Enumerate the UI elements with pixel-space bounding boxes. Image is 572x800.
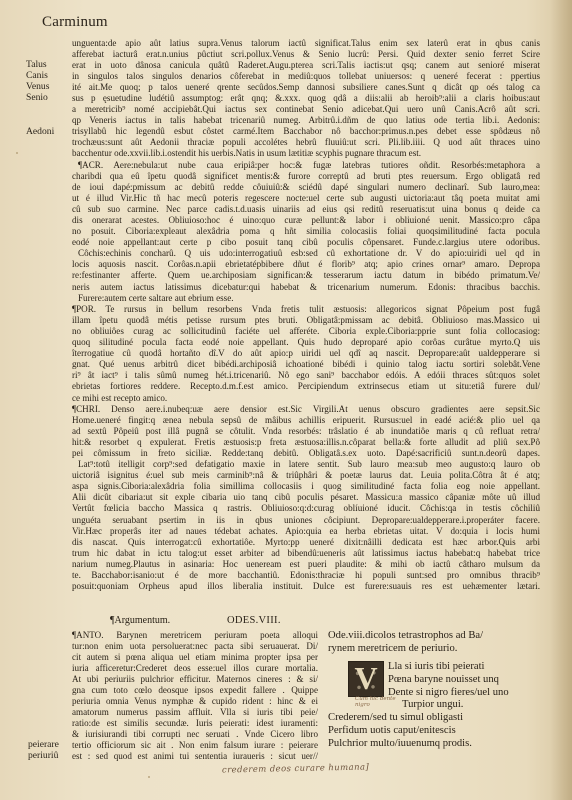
text-line: hit:& resorbet q expulerat. Fretis æstuo… <box>72 437 540 448</box>
text-line: posuit:quoniam Orpheus apud illos libera… <box>72 581 540 592</box>
poem-line: Pulchrior multo/iuuenumq prodis. <box>328 738 472 751</box>
text-line: trisyllabû hic legendû esbut côstet carm… <box>72 126 540 137</box>
text-line: de ioui dapé:pmissum ac debitû redde côu… <box>72 182 540 193</box>
text-line: narium numeg.Plautus in asinaria: Hoc ue… <box>72 559 540 570</box>
paragraph-start-acr: ¶ACR. Aere:nebula:ut nube caua eripiâ:pe… <box>72 160 540 171</box>
decorated-initial-v: V <box>348 661 384 697</box>
text-line: iuria afficeretur:Crederet deos esse:uel… <box>72 663 318 674</box>
text-line: gnat. Qué uenus arbitrû dicet bibédi.arc… <box>72 359 540 370</box>
poem-line: Turpior ungui. <box>388 699 509 712</box>
book-page: Carminum Talus Canis Venus Senio Aedoni … <box>0 0 572 800</box>
commentary-body: unguenta:de apio aût latius supra.Venus … <box>72 38 540 604</box>
margin-note-peierare: peierare <box>28 740 59 750</box>
text-line: tur:non enim uota persoluerat:nec pacta … <box>72 641 318 652</box>
text-line: Lat⁹:totû itelligit corp⁹:sed defatigati… <box>72 459 540 470</box>
text-line: dis onerarat acestes. Obliuioso:hoc é ui… <box>72 215 540 226</box>
text-line: no posuit. Ciboria:expleaut alexâdria po… <box>72 226 540 237</box>
margin-note: Senio <box>26 93 48 103</box>
text-line: ut é illud Vir.Hic tñ hac mecû poteris r… <box>72 193 540 204</box>
text-line: trochæus:sunt aût Aedonii thraciæ populi… <box>72 137 540 148</box>
handwritten-interlinear-note: Cum hic dente nigro <box>355 696 405 708</box>
margin-note: Venus <box>26 82 49 92</box>
running-head: Carminum <box>42 14 108 31</box>
paper-stain <box>16 152 18 154</box>
text-line: Vertût fœlicia baccho Massica q rastris.… <box>72 503 540 514</box>
margin-note: Canis <box>26 71 48 81</box>
poem-following-lines: Crederem/sed tu simul obligasti Perfidum… <box>328 712 472 750</box>
margin-note-periurium: periuriû <box>28 751 58 761</box>
text-line: neris autem iactus latissimus dicebatur:… <box>72 282 540 293</box>
poem-line: Crederem/sed tu simul obligasti <box>328 712 472 725</box>
text-line: unguéta seruabant psertim in iis in qbus… <box>72 515 540 526</box>
text-line: re:festinanter afferte. Quem ue.archipos… <box>72 270 540 281</box>
margin-note: Aedoni <box>26 127 54 137</box>
text-line: gna cum toto cœlo deosque ipsos expedit … <box>72 685 318 696</box>
text-line: ce mihi est recepto amico. <box>72 393 540 404</box>
text-line: ad sextû Pôpeiû post illâ pugnâ se côtul… <box>72 426 540 437</box>
text-line: aspa signis.Ciboria:alexâdria folia simi… <box>72 481 540 492</box>
page-edge-shadow <box>550 0 572 800</box>
text-line: Furere:autem certe saltare aut ebrium es… <box>72 293 540 304</box>
text-line: unguenta:de apio aût latius supra.Venus … <box>72 38 540 49</box>
ode-title: Ode.viii.dicolos tetrastrophos ad Ba/ ry… <box>328 630 528 656</box>
text-line: a meretricib⁹ nomé accipiebât.Qui iactus… <box>72 104 540 115</box>
text-line: charibdi qua eû îpetu quodâ significet m… <box>72 171 540 182</box>
paragraph-start-chri: ¶CHRI. Denso aere.i.nubeq:uæ aere densio… <box>72 404 540 415</box>
section-heading: ¶Argumentum. ODES.VIII. <box>82 615 382 629</box>
text-line: erat in uoto dânosa canicula quâtû Rader… <box>72 60 540 71</box>
text-line: & iurisiurandi tibi corrupti nec seruati… <box>72 729 318 740</box>
paragraph-start-por: ¶POR. Te rursus in bellum resorbens Vnda… <box>72 304 540 315</box>
text-line: cit autem si pœna aliqua uel etiam minim… <box>72 652 318 663</box>
poem-line: Lla si iuris tibi peierati <box>388 661 509 674</box>
text-line: trum hic dabat in ictu talog:ut esset ar… <box>72 548 540 559</box>
poem-line: Perfidum uotis caput/enitescis <box>328 725 472 738</box>
text-line: pei cômissum in freto siciliæ. Redde:tan… <box>72 448 540 459</box>
text-line: no obliuiôes curag ac sollicitudinû faci… <box>72 326 540 337</box>
argument-label: ¶Argumentum. <box>110 615 170 626</box>
text-line: locis aquosis nascit. Corôas.n.apii ebri… <box>72 259 540 270</box>
text-line: tertio officiorum sic ait . Non enim fal… <box>72 740 318 751</box>
paper-stain <box>148 776 150 778</box>
ode-title-line: rynem meretricem de periurio. <box>328 643 528 656</box>
text-line: cû sub suo carmine. Nec parce cadis.t.d.… <box>72 204 540 215</box>
text-line: Côchis:echinis concharû. Q uis udo:inter… <box>72 248 540 259</box>
initial-letter: V <box>349 660 383 696</box>
poem-first-lines: Lla si iuris tibi peierati Pœna baryne n… <box>388 661 509 712</box>
margin-note: Talus <box>26 60 47 70</box>
text-line: At ubi periuriis pulchrior efficitur. Ma… <box>72 674 318 685</box>
text-line: ri⁹ ât iact⁹ i talis sûmû numeg hét.i.tr… <box>72 370 540 381</box>
ode-text-column: Ode.viii.dicolos tetrastrophos ad Ba/ ry… <box>328 630 528 656</box>
text-line: amatorum numerus passim affluit. Vlla si… <box>72 707 318 718</box>
text-line: dis nascat. Quis interrogat:cû exhortati… <box>72 537 540 548</box>
text-line: te. Bacchabor:isanio:ut é de more baccha… <box>72 570 540 581</box>
text-line: Vir.Hæc properâs iter ad naues tédebat a… <box>72 526 540 537</box>
text-line: ratio:de est similis secundæ. Iuris peie… <box>72 718 318 729</box>
text-line: uictoriâ isignitus é:uel sub meis carmin… <box>72 470 540 481</box>
text-line: periuria omnia Venus nymphæ & cupido rid… <box>72 696 318 707</box>
text-line: qp Veneris iactus in talis habebat trice… <box>72 115 540 126</box>
text-line: Alii dicût cibaria:ut sit exple cibaria … <box>72 492 540 503</box>
text-line: in singulos talos singulos denarios côfe… <box>72 71 540 82</box>
paragraph-start-anto: ¶ANTO. Barynen meretricem periuram poeta… <box>72 630 318 641</box>
argument-commentary-column: ¶ANTO. Barynen meretricem periuram poeta… <box>72 630 318 762</box>
text-line: illam îpetu quodâ métis petisse rursum p… <box>72 315 540 326</box>
text-line: quoq silitudiné pocula facta eodé noie a… <box>72 337 540 348</box>
text-line: ité ait.Me quoq; p talos ueneré qrente s… <box>72 82 540 93</box>
ode-number-heading: ODES.VIII. <box>227 615 281 626</box>
text-line: afferebat iacturâ erat.n.unius pûctiut s… <box>72 49 540 60</box>
text-line: îterrogatiue cû quodâ hortañto dî.V do a… <box>72 348 540 359</box>
text-line: est : sed quod est animi tui sententia i… <box>72 751 318 762</box>
text-line: ebrietas fortiores reddere. Recepto.d.m.… <box>72 381 540 392</box>
ode-title-line: Ode.viii.dicolos tetrastrophos ad Ba/ <box>328 630 528 643</box>
text-line: bacchentur ode.xxvii.lib.i.ostendit his … <box>72 148 540 159</box>
text-line <box>72 592 540 603</box>
text-line: Home.ueneré fingit:q ænea nebula sepsû d… <box>72 415 540 426</box>
text-line: eodé noie appellant:aut certe p cibo pos… <box>72 237 540 248</box>
handwritten-bottom-note: crederem deos curare humana] <box>222 762 369 775</box>
poem-line: Pœna baryne nouisset unq <box>388 674 509 687</box>
text-line: sus p ęsuetudine ludétiû assumptog: erât… <box>72 93 540 104</box>
poem-line: Dente si nigro fieres/uel uno <box>388 687 509 700</box>
